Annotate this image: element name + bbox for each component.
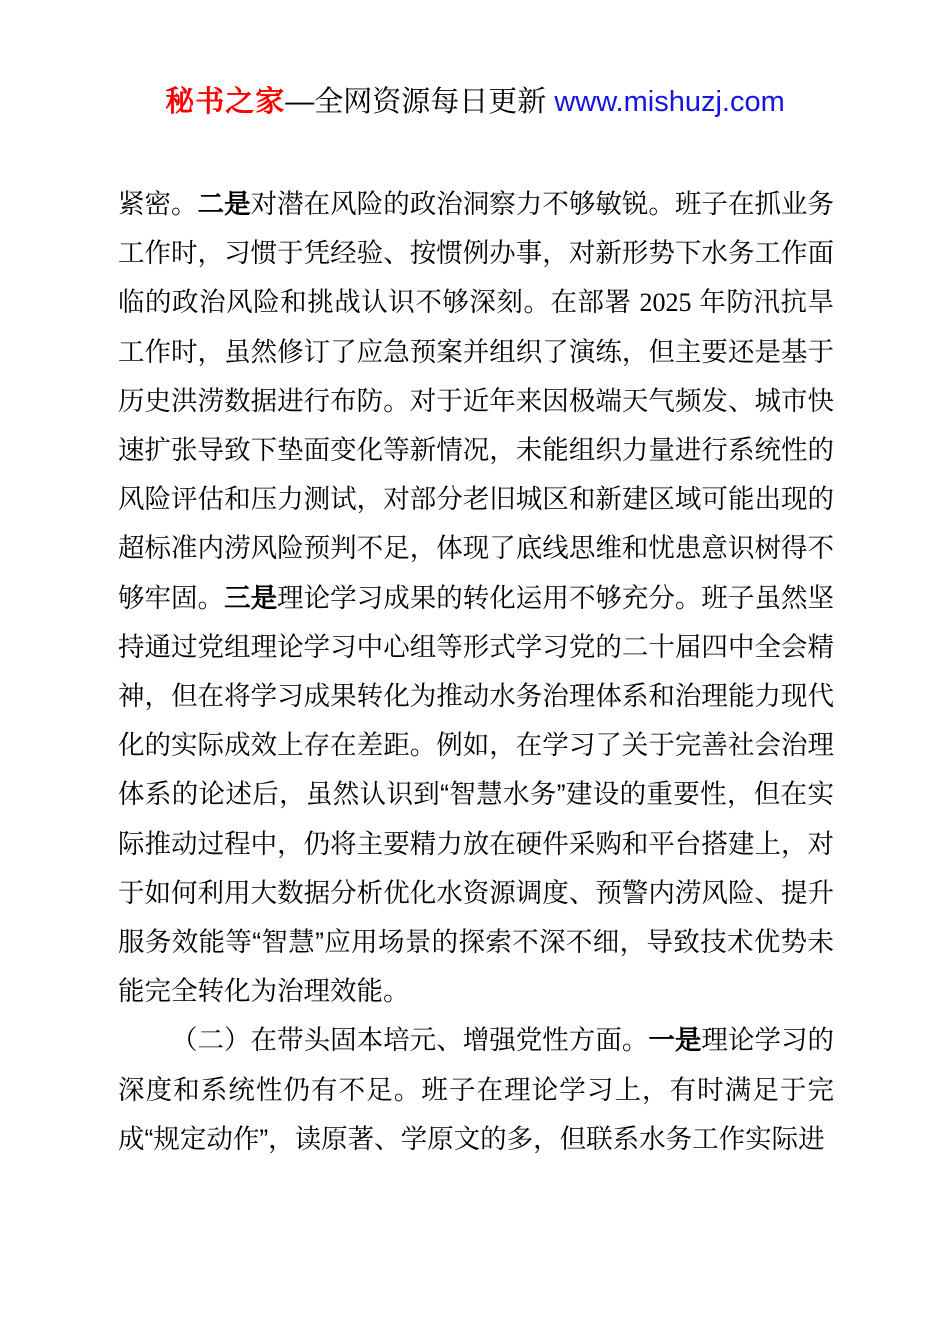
text-run: 紧密。 <box>118 189 198 219</box>
text-run-bold-ershi: 二是 <box>198 189 251 219</box>
document-body: 紧密。二是对潜在风险的政治洞察力不够敏锐。班子在抓业务工作时，习惯于凭经验、按惯… <box>118 180 834 1164</box>
paragraph-section-two: （二）在带头固本培元、增强党性方面。一是理论学习的深度和系统性仍有不足。班子在理… <box>118 1016 834 1164</box>
site-brand-text: 秘书之家 <box>165 86 285 118</box>
text-run: 年防汛抗旱工作时，虽然修订了应急预案并组织了演练，但主要还是基于历史洪涝数据进行… <box>118 287 834 612</box>
paragraph-continuation: 紧密。二是对潜在风险的政治洞察力不够敏锐。班子在抓业务工作时，习惯于凭经验、按惯… <box>118 180 834 1016</box>
site-header: 秘书之家—全网资源每日更新 www.mishuzj.com <box>0 0 950 118</box>
site-tagline-text: —全网资源每日更新 <box>285 86 554 118</box>
text-run-year-number: 2025 <box>639 288 691 317</box>
text-run-bold-sanshi: 三是 <box>224 583 277 613</box>
text-run-bold-yishi: 一是 <box>648 1025 701 1055</box>
text-run: 理论学习成果的转化运用不够充分。班子虽然坚持通过党组理论学习中心组等形式学习党的… <box>118 583 834 1007</box>
text-run-section-heading: （二）在带头固本培元、增强党性方面。 <box>171 1025 648 1055</box>
document-page: 秘书之家—全网资源每日更新 www.mishuzj.com 紧密。二是对潜在风险… <box>0 0 950 1344</box>
site-url-link[interactable]: www.mishuzj.com <box>554 86 784 118</box>
